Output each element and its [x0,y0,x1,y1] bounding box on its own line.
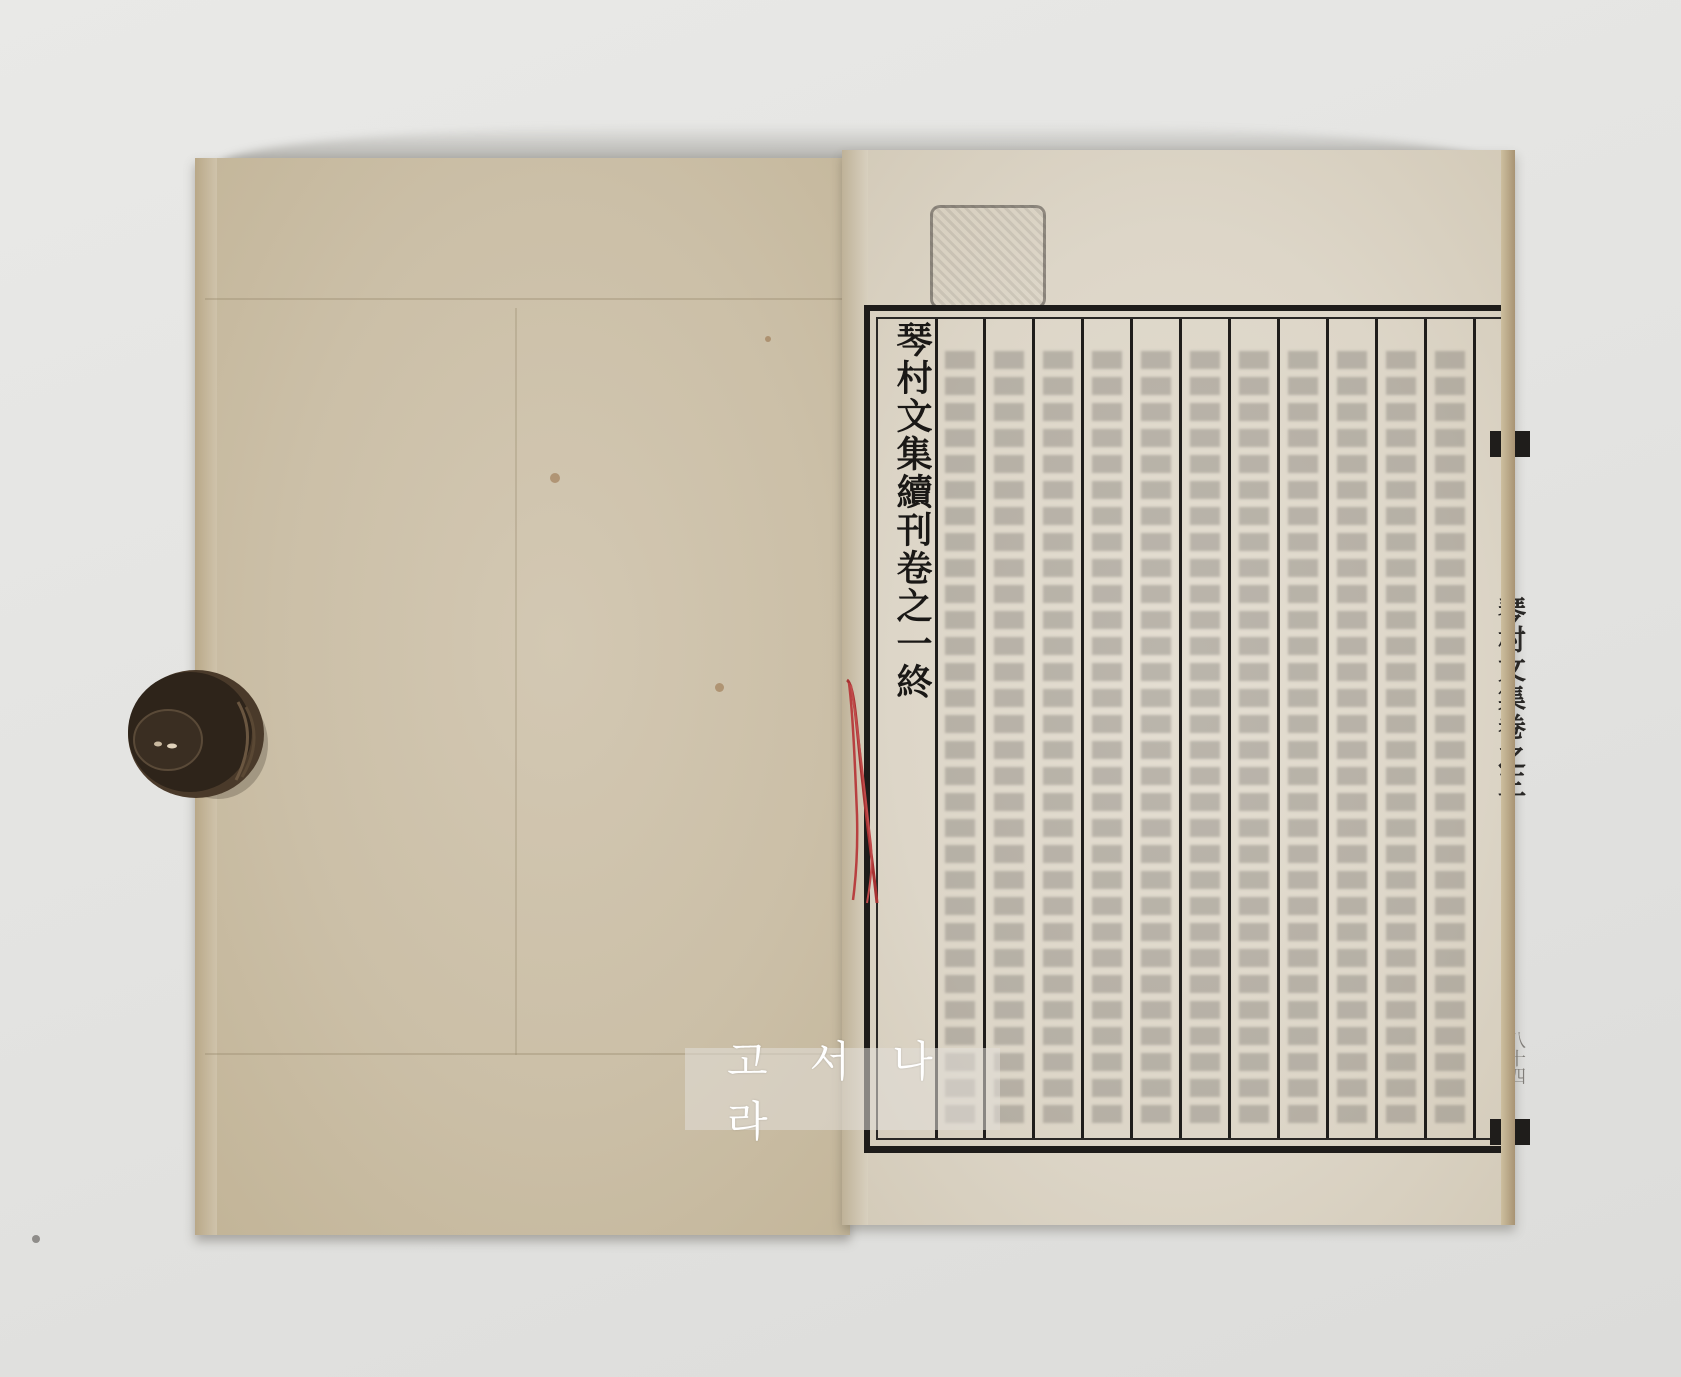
show-through-text [1435,351,1465,1126]
show-through-text [994,351,1024,1126]
show-through-text [1043,351,1073,1126]
watermark: 고서나라 [685,1048,1000,1130]
seal-stamp [930,205,1046,309]
foxing-spot [715,683,724,692]
column-rule [1228,319,1231,1138]
foxing-spot [550,473,560,483]
watermark-text: 고서나라 [685,1029,1000,1149]
show-through-text [945,351,975,1126]
column-rule [1375,319,1378,1138]
printed-frame: 琴村文集續刊卷之一終 琴村文集卷之三 八十四 [864,305,1505,1153]
column-rule [1081,319,1084,1138]
show-through-text [1288,351,1318,1126]
crease-line [205,298,850,300]
show-through-text [1386,351,1416,1126]
column-rule [1326,319,1329,1138]
volume-end-title: 琴村文集續刊卷之一終 [882,321,932,701]
page-edge [1501,150,1515,1225]
column-rule [1473,319,1476,1138]
column-rule [935,319,938,1138]
show-through-text [1337,351,1367,1126]
column-rule [1032,319,1035,1138]
column-rule [983,319,986,1138]
background-speck [32,1235,40,1243]
show-through-text [1239,351,1269,1126]
column-rule [1179,319,1182,1138]
column-rule [1277,319,1280,1138]
foxing-spot [765,336,771,342]
column-rule [1424,319,1427,1138]
show-through-text [1141,351,1171,1126]
red-binding-thread [845,675,885,905]
brass-paperweight [118,662,268,807]
show-through-text [1190,351,1220,1126]
column-rule [1130,319,1133,1138]
show-through-text [1092,351,1122,1126]
crease-line [515,308,517,1055]
